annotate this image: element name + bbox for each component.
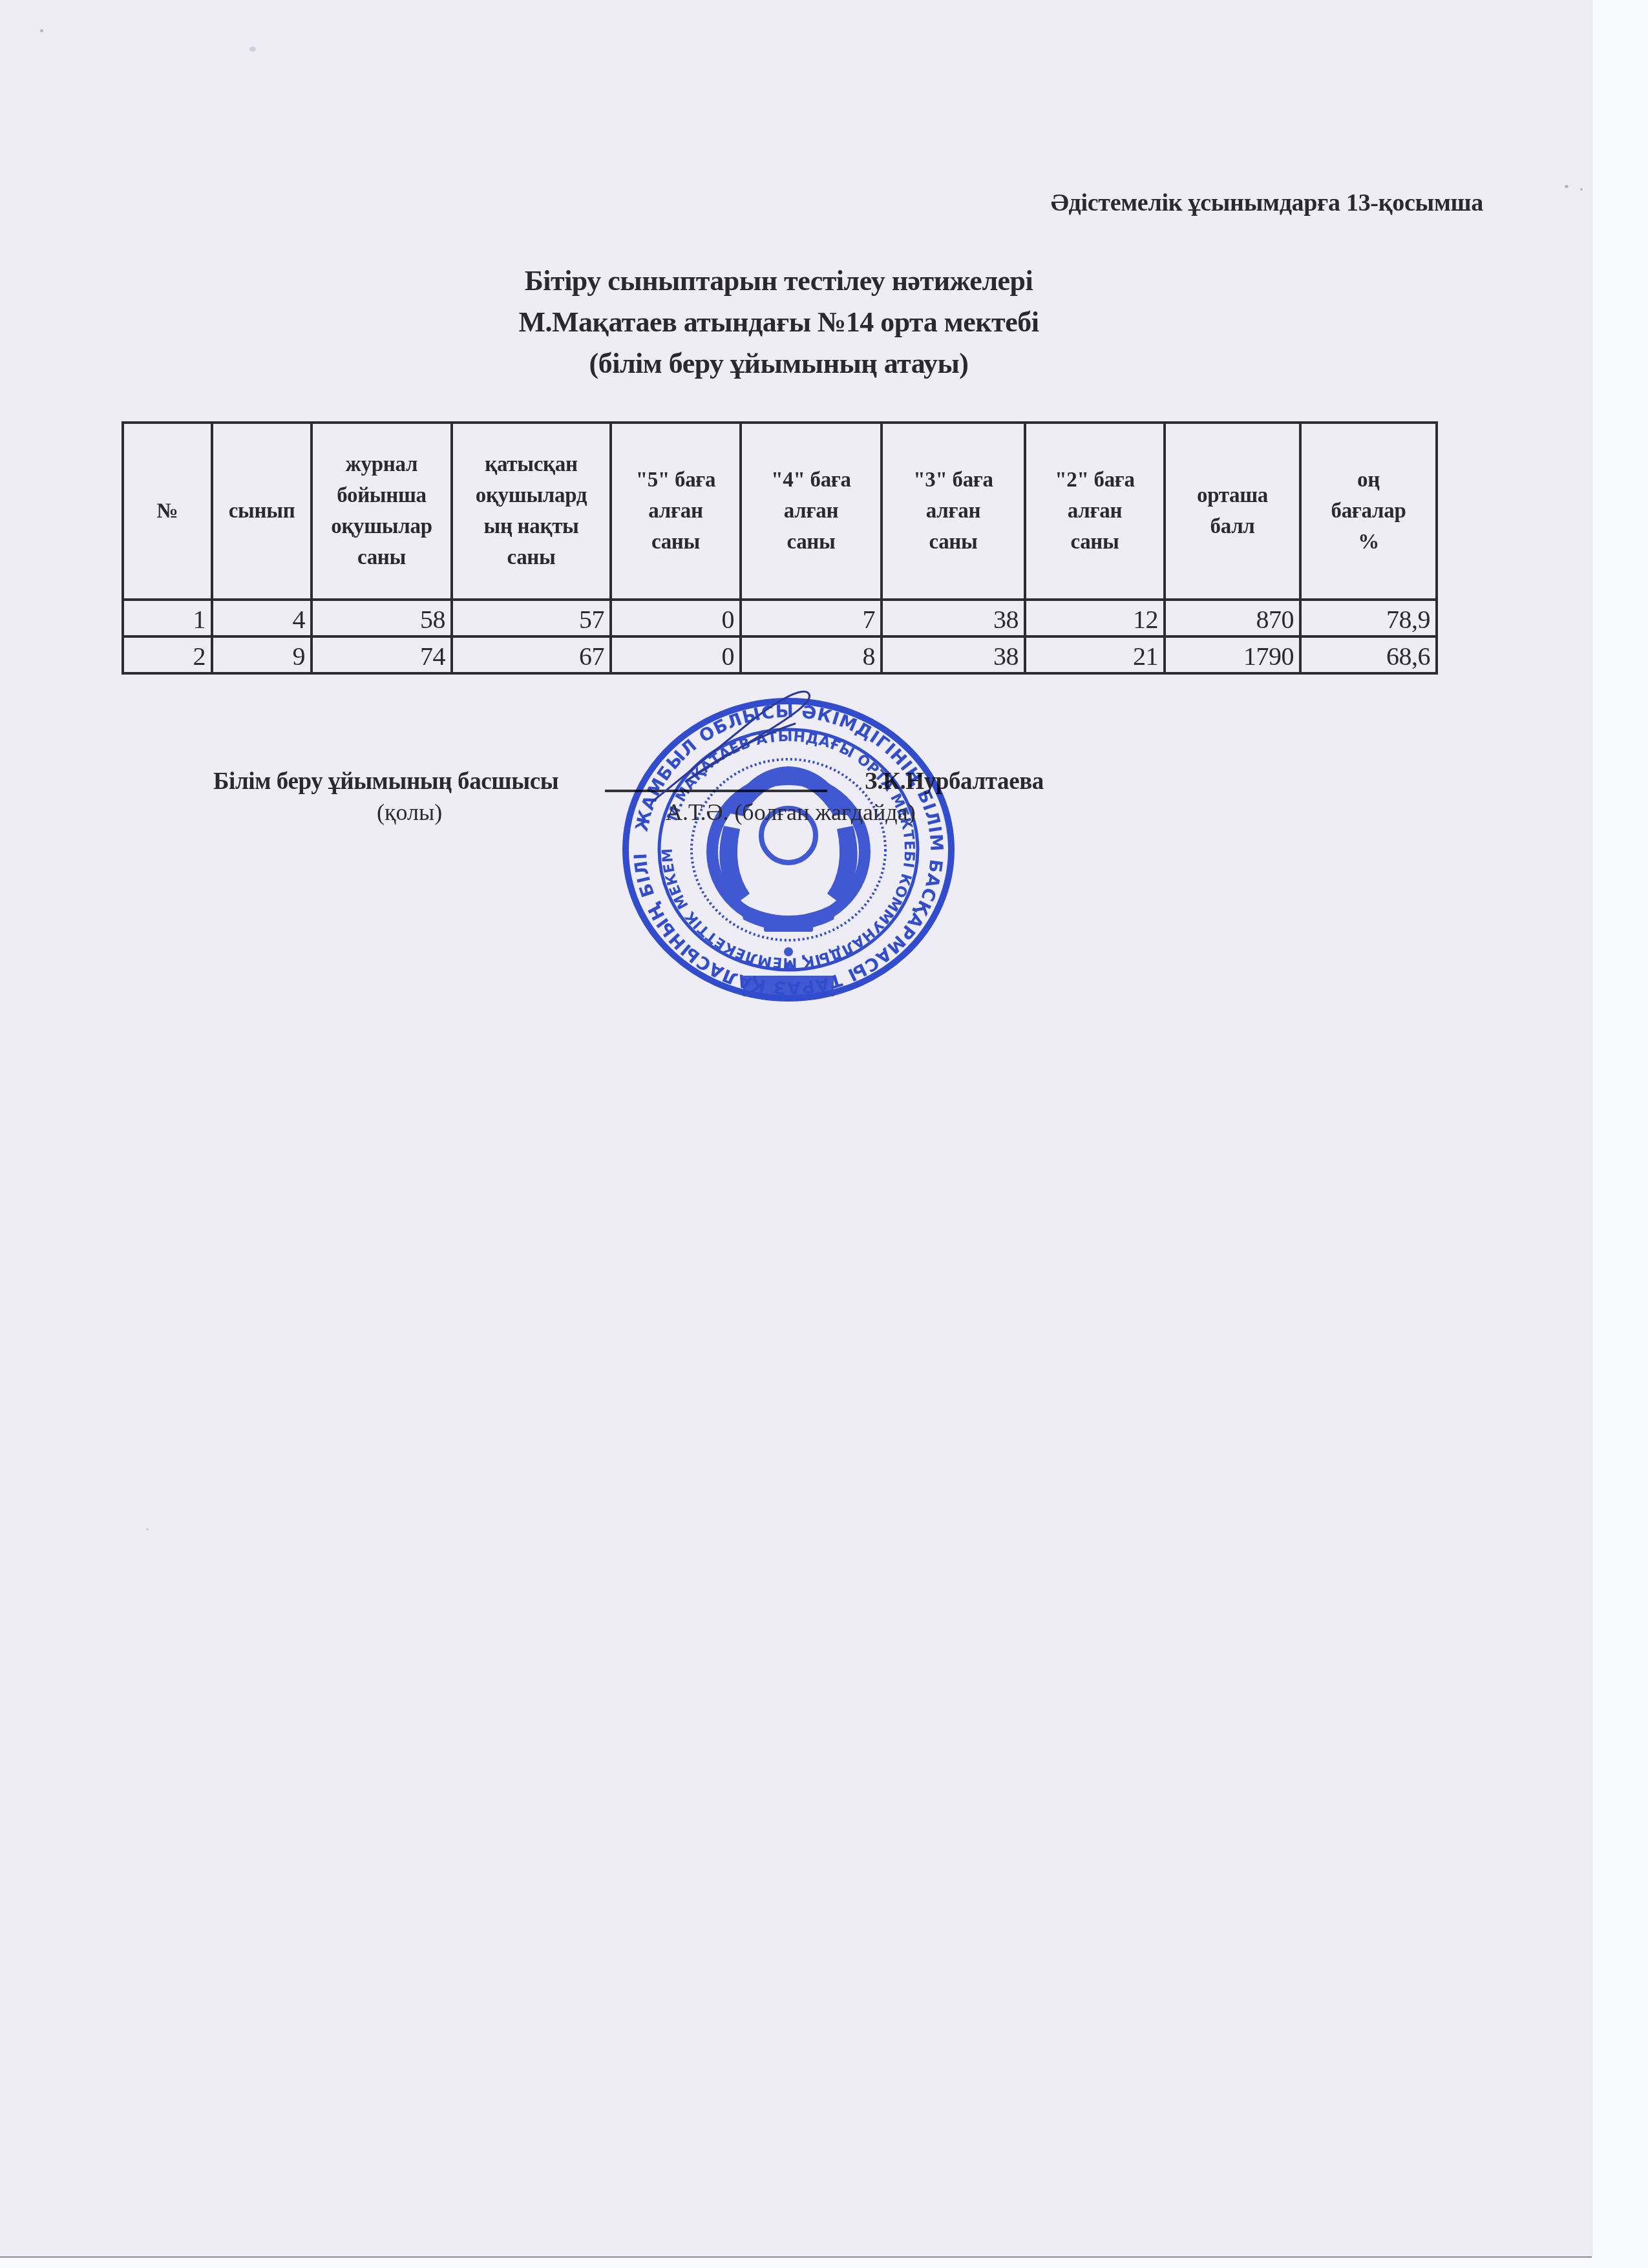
column-header-num: № bbox=[123, 423, 212, 600]
signature-caption: (қолы) bbox=[377, 799, 442, 826]
header-text-line: % bbox=[1305, 527, 1431, 558]
cell-journal-count: 58 bbox=[312, 600, 452, 636]
paper-speck bbox=[146, 1528, 149, 1531]
header-text-line: "4" баға bbox=[746, 465, 876, 496]
header-text-line: "2" баға bbox=[1030, 465, 1159, 496]
title-line-1: Бітіру сыныптарын тестілеу нәтижелері bbox=[0, 260, 1558, 302]
header-text-line: орташа bbox=[1170, 480, 1295, 511]
header-text-line: саны bbox=[457, 542, 606, 573]
cell-grade4: 7 bbox=[741, 600, 882, 636]
header-text-line: саны bbox=[317, 542, 447, 573]
cell-num: 2 bbox=[123, 636, 212, 673]
cell-grade5: 0 bbox=[611, 600, 741, 636]
header-text-line: бойынша bbox=[317, 480, 447, 511]
table-body: 14585707381287078,9297467083821179068,6 bbox=[123, 600, 1437, 673]
header-text-line: бағалар bbox=[1305, 496, 1431, 527]
cell-avg-score: 870 bbox=[1165, 600, 1300, 636]
document-title: Бітіру сыныптарын тестілеу нәтижелері М.… bbox=[0, 260, 1558, 384]
header-text-line: қатысқан bbox=[457, 449, 606, 480]
title-line-3-caption: (білім беру ұйымының атауы) bbox=[0, 343, 1558, 384]
appendix-note: Әдістемелік ұсынымдарға 13-қосымша bbox=[1051, 189, 1483, 217]
paper-speck bbox=[1565, 185, 1569, 188]
header-text-line: алған bbox=[887, 496, 1020, 527]
cell-class: 9 bbox=[212, 636, 312, 673]
header-text-line: "5" баға bbox=[616, 465, 735, 496]
results-table: №сыныпжурналбойыншаоқушыларсанықатысқано… bbox=[121, 421, 1438, 675]
handwritten-signature-icon bbox=[646, 685, 840, 808]
header-text-line: алған bbox=[746, 496, 876, 527]
table-row: 14585707381287078,9 bbox=[123, 600, 1437, 636]
header-text-line: оқушылар bbox=[317, 511, 447, 542]
table-header-row: №сыныпжурналбойыншаоқушыларсанықатысқано… bbox=[123, 423, 1437, 600]
header-text-line: оң bbox=[1305, 465, 1431, 496]
cell-positive-pct: 68,6 bbox=[1300, 636, 1437, 673]
cell-grade3: 38 bbox=[882, 600, 1025, 636]
column-header-grade5: "5" бағаалғансаны bbox=[611, 423, 741, 600]
table-row: 297467083821179068,6 bbox=[123, 636, 1437, 673]
column-header-avg-score: орташабалл bbox=[1165, 423, 1300, 600]
column-header-grade4: "4" бағаалғансаны bbox=[741, 423, 882, 600]
cell-grade2: 12 bbox=[1025, 600, 1165, 636]
column-header-journal-count: журналбойыншаоқушыларсаны bbox=[312, 423, 452, 600]
header-text-line: саны bbox=[887, 527, 1020, 558]
column-header-positive-pct: оңбағалар% bbox=[1300, 423, 1437, 600]
column-header-participants: қатысқаноқушылардың нақтысаны bbox=[452, 423, 611, 600]
cell-journal-count: 74 bbox=[312, 636, 452, 673]
cell-grade3: 38 bbox=[882, 636, 1025, 673]
cell-num: 1 bbox=[123, 600, 212, 636]
column-header-grade2: "2" бағаалғансаны bbox=[1025, 423, 1165, 600]
signatory-role-label: Білім беру ұйымының басшысы bbox=[213, 768, 558, 795]
header-text-line: сынып bbox=[217, 496, 306, 527]
paper-speck bbox=[1580, 188, 1583, 191]
header-text-line: саны bbox=[746, 527, 876, 558]
cell-grade2: 21 bbox=[1025, 636, 1165, 673]
column-header-grade3: "3" бағаалғансаны bbox=[882, 423, 1025, 600]
header-text-line: № bbox=[128, 496, 207, 527]
header-text-line: "3" баға bbox=[887, 465, 1020, 496]
header-text-line: ың нақты bbox=[457, 511, 606, 542]
cell-positive-pct: 78,9 bbox=[1300, 600, 1437, 636]
header-text-line: балл bbox=[1170, 511, 1295, 542]
header-text-line: оқушылард bbox=[457, 480, 606, 511]
cell-class: 4 bbox=[212, 600, 312, 636]
cell-grade4: 8 bbox=[741, 636, 882, 673]
header-text-line: алған bbox=[1030, 496, 1159, 527]
header-text-line: журнал bbox=[317, 449, 447, 480]
cell-participants: 67 bbox=[452, 636, 611, 673]
cell-grade5: 0 bbox=[611, 636, 741, 673]
column-header-class: сынып bbox=[212, 423, 312, 600]
header-text-line: саны bbox=[1030, 527, 1159, 558]
cell-avg-score: 1790 bbox=[1165, 636, 1300, 673]
title-line-2-school-name: М.Мақатаев атындағы №14 орта мектебі bbox=[0, 302, 1558, 343]
cell-participants: 57 bbox=[452, 600, 611, 636]
header-text-line: саны bbox=[616, 527, 735, 558]
paper-speck bbox=[249, 47, 256, 52]
paper-speck bbox=[40, 29, 43, 32]
header-text-line: алған bbox=[616, 496, 735, 527]
